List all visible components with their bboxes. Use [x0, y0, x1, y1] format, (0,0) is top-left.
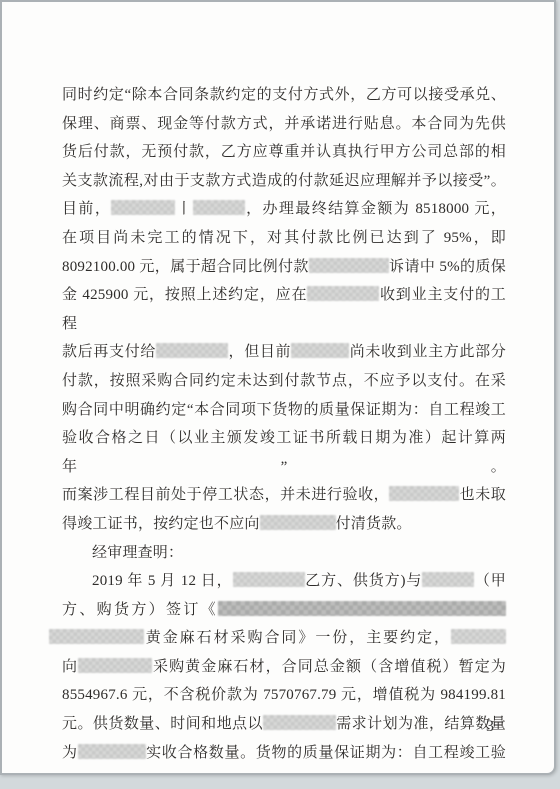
text-line: 目前，丨，办理最终结算金额为 8518000 元，	[62, 195, 506, 224]
redaction-block	[451, 629, 506, 644]
redaction-block	[260, 515, 336, 530]
text-segment: 乙方、供货方)与	[305, 573, 423, 589]
text-segment: 款后再支付给	[62, 344, 156, 360]
text-line: 同时约定“除本合同条款约定的支付方式外，乙方可以接受承兑、	[62, 81, 506, 110]
text-line: 为实收合格数量。货物的质量保证期为：自工程竣工验	[62, 739, 506, 768]
text-segment: 目前，	[62, 201, 111, 217]
text-segment: ，办理最终结算金额为 8518000 元，	[245, 201, 506, 217]
redaction-block	[193, 200, 245, 215]
text-line: 保理、商票、现金等付款方式，并承诺进行贴息。本合同为先供	[62, 110, 506, 139]
text-line: 付款，按照采购合同约定未达到付款节点，不应予以支付。在采	[62, 367, 506, 396]
text-segment: 也未取	[459, 487, 506, 503]
text-segment: 购合同中明确约定“本合同项下货物的质量保证期为：自工程竣工	[62, 402, 506, 418]
text-segment: 付清货款。	[336, 516, 412, 532]
text-line: 向采购黄金麻石材，合同总金额（含增值税）暂定为	[62, 653, 506, 682]
text-line: 得竣工证书，按约定也不应向付清货款。	[62, 510, 506, 539]
redaction-block	[233, 572, 305, 587]
text-segment: 丨	[175, 201, 193, 217]
text-line: 2019 年 5 月 12 日，乙方、供货方)与（甲	[62, 567, 506, 596]
text-segment: 方、购货方）签订《	[62, 602, 218, 618]
redaction-block	[78, 744, 146, 759]
text-segment: 货后付款，无预付款，乙方应尊重并认真执行甲方公司总部的相	[62, 144, 506, 160]
redaction-block	[78, 658, 152, 673]
page-number: 3	[486, 718, 494, 736]
redaction-block	[218, 601, 506, 616]
text-segment: 验收合格之日（以业主颁发竣工证书所载日期为准）起计算两年”。	[62, 430, 506, 475]
text-line: 金 425900 元，按照上述约定，应在收到业主支付的工程	[62, 281, 506, 338]
text-line: 8092100.00 元，属于超合同比例付款诉请中 5%的质保	[62, 253, 506, 282]
text-segment: 元。供货数量、时间和地点以	[62, 716, 263, 732]
text-line: 8554967.6 元，不含税价款为 7570767.79 元，增值税为 984…	[62, 681, 506, 710]
redaction-block	[389, 486, 459, 501]
text-segment: 8554967.6 元，不含税价款为 7570767.79 元，增值税为 984…	[62, 687, 506, 703]
text-segment: 同时约定“除本合同条款约定的支付方式外，乙方可以接受承兑、	[62, 87, 506, 103]
document-body: 同时约定“除本合同条款约定的支付方式外，乙方可以接受承兑、保理、商票、现金等付款…	[62, 81, 506, 767]
redaction-block	[111, 200, 175, 215]
text-segment: 而案涉工程目前处于停工状态，并未进行验收，	[62, 487, 389, 503]
text-segment: 需求计划为准，结算数量	[336, 716, 506, 732]
text-segment: 为	[62, 745, 78, 761]
document-page: 同时约定“除本合同条款约定的支付方式外，乙方可以接受承兑、保理、商票、现金等付款…	[0, 0, 556, 775]
text-segment: 得竣工证书，按约定也不应向	[62, 516, 260, 532]
text-line: 购合同中明确约定“本合同项下货物的质量保证期为：自工程竣工	[62, 396, 506, 425]
text-segment: （甲	[474, 573, 506, 589]
text-line: 而案涉工程目前处于停工状态，并未进行验收，也未取	[62, 481, 506, 510]
redaction-block	[309, 258, 389, 273]
text-line: 货后付款，无预付款，乙方应尊重并认真执行甲方公司总部的相	[62, 138, 506, 167]
text-line: 关支款流程,对由于支款方式造成的付款延迟应理解并予以接受”。	[62, 167, 506, 196]
text-line: 在项目尚未完工的情况下，对其付款比例已达到了 95%，即	[62, 224, 506, 253]
redaction-block	[422, 572, 474, 587]
text-segment: 经审理查明：	[92, 545, 183, 561]
redaction-block	[156, 343, 228, 358]
text-line: 验收合格之日（以业主颁发竣工证书所载日期为准）起计算两年”。	[62, 424, 506, 481]
text-line: 方、购货方）签订《	[62, 596, 506, 625]
text-segment: 金 425900 元，按照上述约定，应在	[62, 287, 307, 303]
text-segment: 8092100.00 元，属于超合同比例付款	[62, 259, 309, 275]
redaction-block	[307, 286, 379, 301]
text-line: 元。供货数量、时间和地点以需求计划为准，结算数量	[62, 710, 506, 739]
text-segment: 2019 年 5 月 12 日，	[92, 573, 233, 589]
text-segment: ，但目前	[228, 344, 291, 360]
text-line: 经审理查明：	[62, 539, 506, 568]
redaction-block	[263, 715, 336, 730]
text-segment: 关支款流程,对由于支款方式造成的付款延迟应理解并予以接受”。	[62, 173, 506, 189]
text-segment: 在项目尚未完工的情况下，对其付款比例已达到了 95%，即	[62, 230, 506, 246]
text-segment: 付款，按照采购合同约定未达到付款节点，不应予以支付。在采	[62, 373, 506, 389]
redaction-block	[49, 629, 144, 644]
text-line: 款后再支付给，但目前尚未收到业主方此部分	[62, 338, 506, 367]
redaction-block	[291, 343, 349, 358]
text-segment: 向	[62, 659, 78, 675]
text-segment: 采购黄金麻石材，合同总金额（含增值税）暂定为	[152, 659, 506, 675]
text-segment: 保理、商票、现金等付款方式，并承诺进行贴息。本合同为先供	[62, 116, 506, 132]
text-segment: 尚未收到业主方此部分	[349, 344, 506, 360]
text-segment: 黄金麻石材采购合同》一份，主要约定，	[144, 630, 451, 646]
text-segment: 诉请中 5%的质保	[389, 259, 506, 275]
text-line: 黄金麻石材采购合同》一份，主要约定，	[62, 624, 506, 653]
text-segment: 实收合格数量。货物的质量保证期为：自工程竣工验	[146, 745, 506, 761]
